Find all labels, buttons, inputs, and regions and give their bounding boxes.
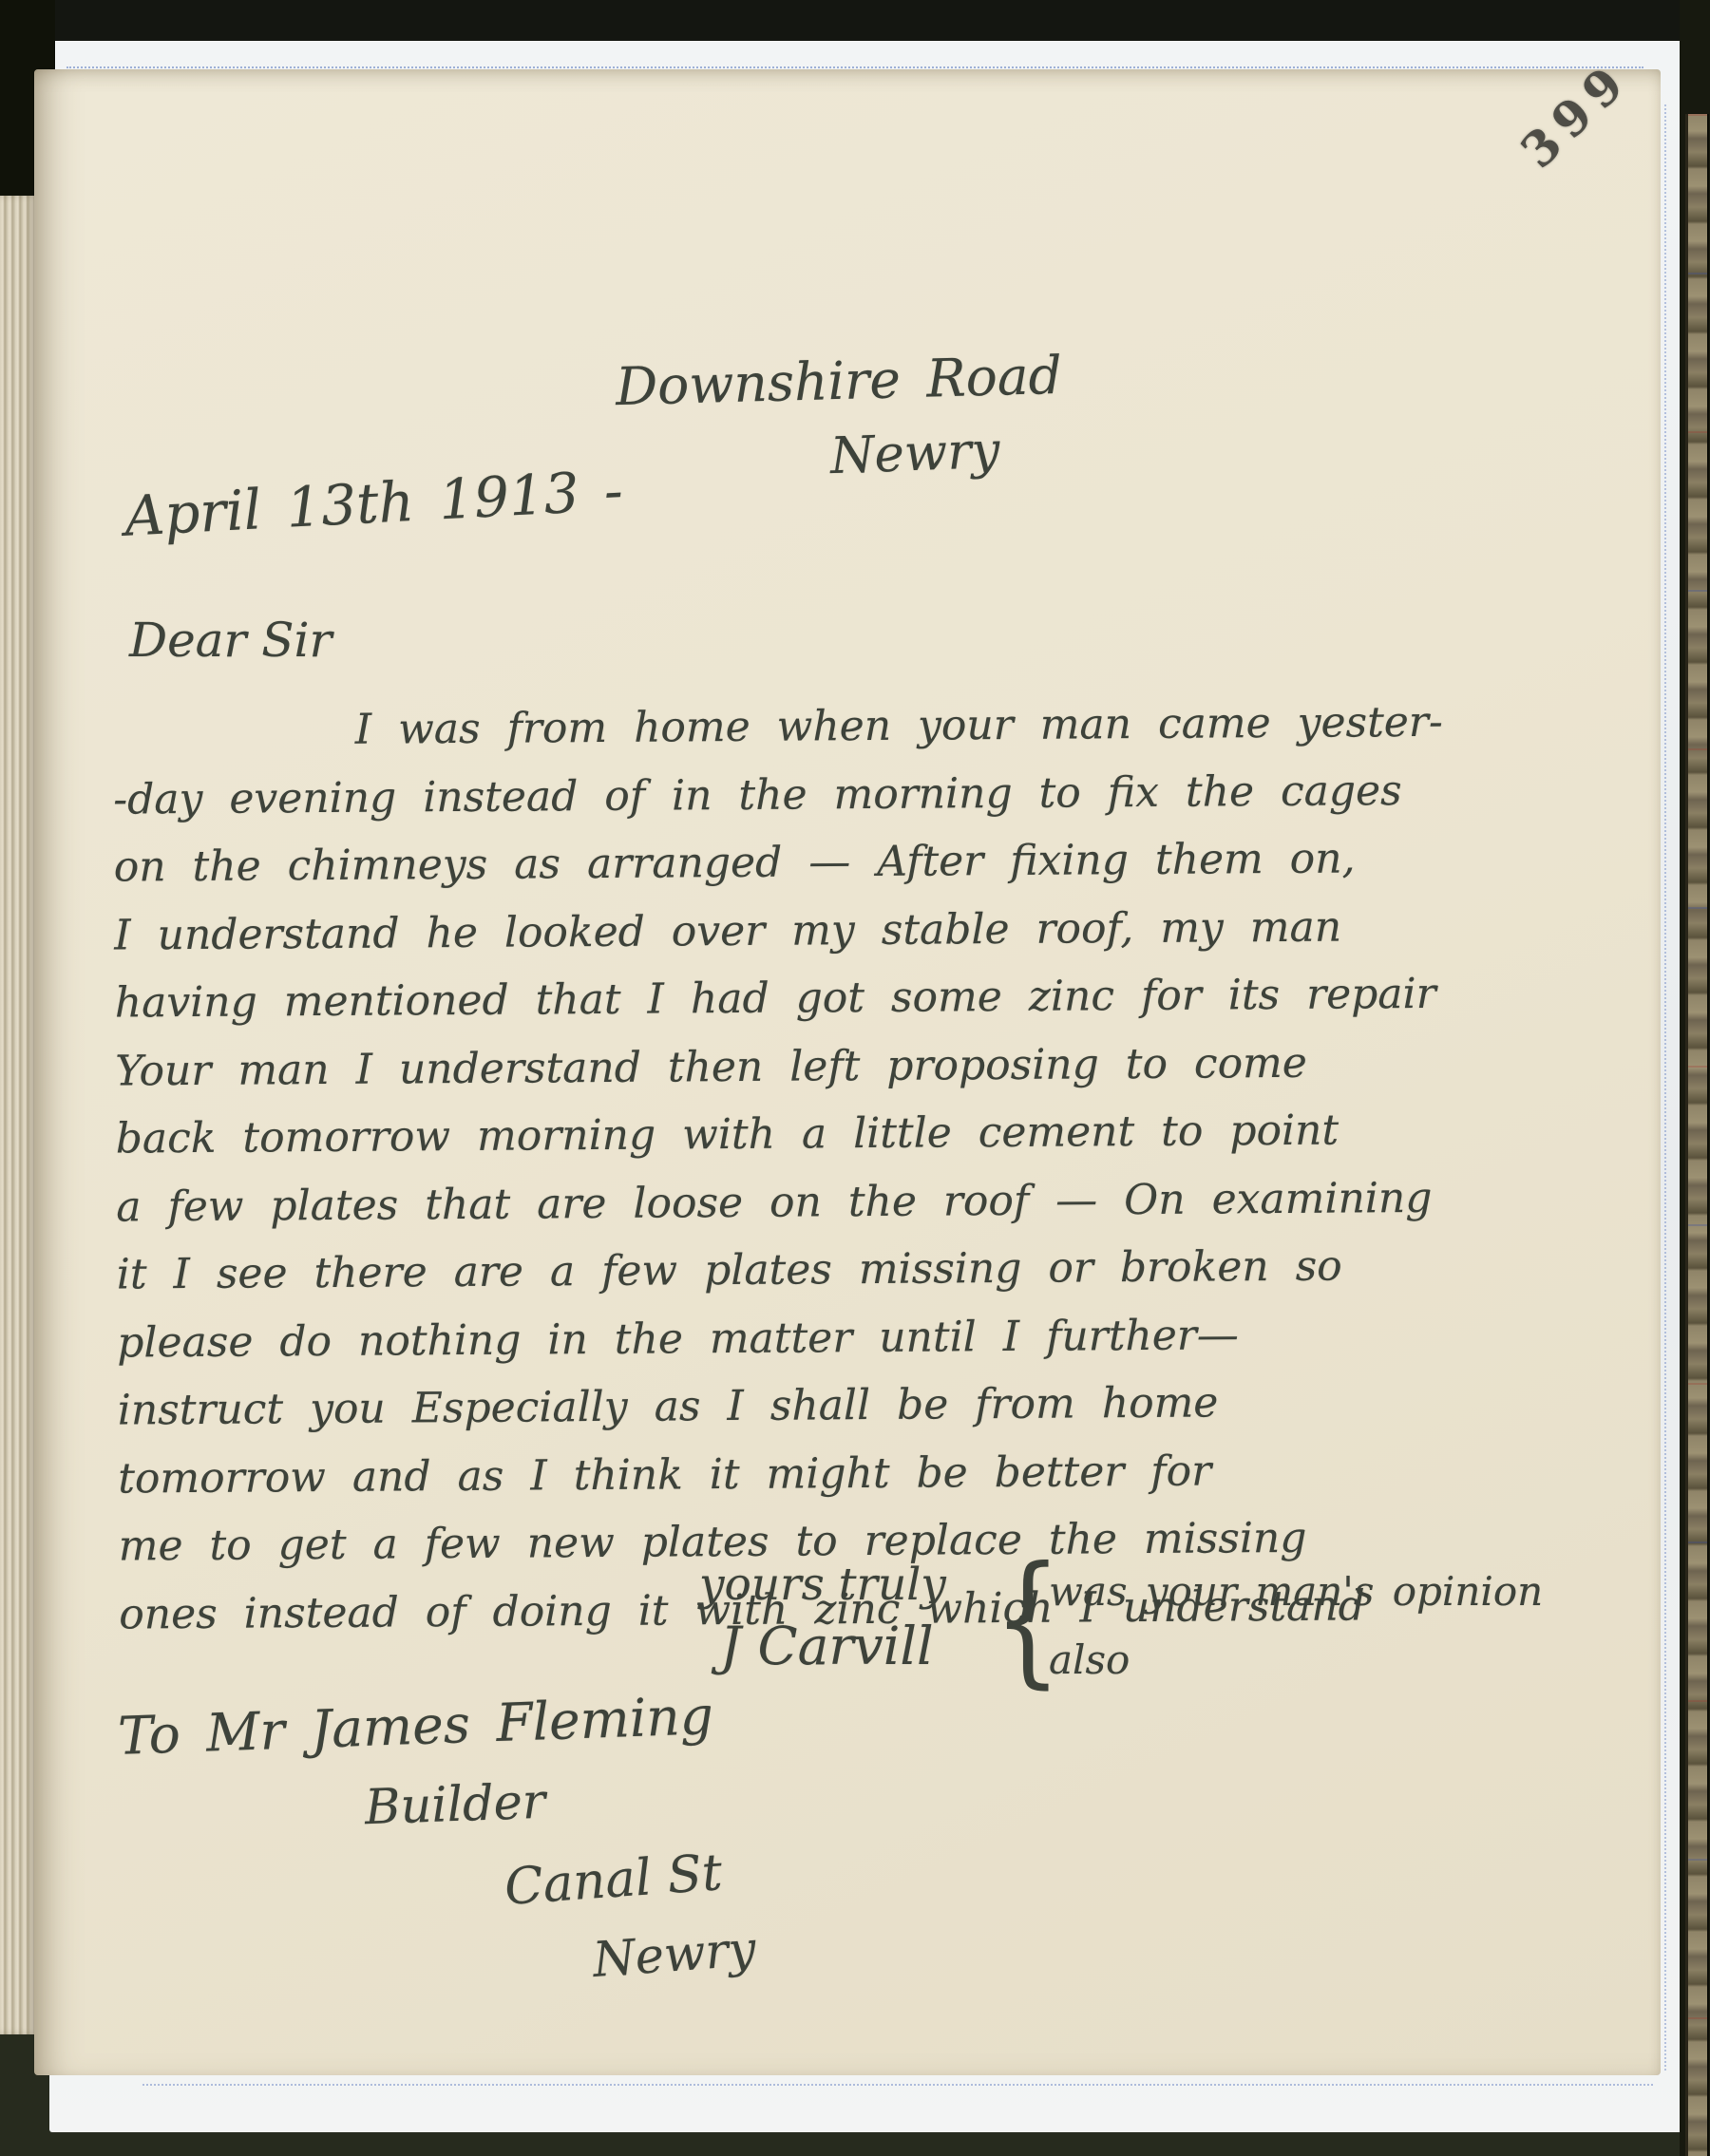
- letter-body-line: I understand he looked over my stable ro…: [114, 891, 1621, 970]
- letter-body: I was from home when your man came yeste…: [113, 687, 1626, 1648]
- book-binding: [1680, 0, 1710, 2156]
- book-sewn-page-block: [1685, 114, 1709, 2156]
- book-page-edges: [0, 196, 38, 2034]
- letter-body-line: it I see there are a few plates missing …: [117, 1230, 1624, 1309]
- letter-body-line: -day evening instead of in the morning t…: [113, 755, 1620, 834]
- page-number: 399: [1510, 50, 1641, 180]
- signature: J Carvill: [720, 1616, 934, 1676]
- recipient-occupation: Builder: [364, 1774, 546, 1837]
- recipient-name: To Mr James Fleming: [117, 1685, 714, 1767]
- letter-body-line: Your man I understand then left proposin…: [115, 1027, 1622, 1106]
- letter-body-line: tomorrow and as I think it might be bett…: [118, 1434, 1624, 1513]
- recipient-town: Newry: [591, 1921, 757, 1989]
- letterhead-address: Downshire Road: [615, 345, 1062, 417]
- salutation: Dear Sir: [129, 613, 332, 668]
- under-sheet-blue-rule-top: [66, 66, 1643, 68]
- date-line: April 13th 1913 -: [123, 458, 625, 548]
- under-sheet-blue-rule-right: [1664, 104, 1666, 2071]
- under-sheet-blue-rule-bottom: [142, 2084, 1653, 2086]
- scanned-letter-page: 399 Downshire Road Newry April 13th 1913…: [0, 0, 1710, 2156]
- letter-paper: 399 Downshire Road Newry April 13th 1913…: [34, 69, 1661, 2075]
- letter-body-line: I was from home when your man came yeste…: [113, 687, 1620, 766]
- letter-body-line: back tomorrow morning with a little ceme…: [116, 1094, 1623, 1173]
- valediction: yours truly: [699, 1559, 946, 1611]
- letter-body-line: instruct you Especially as I shall be fr…: [118, 1366, 1624, 1445]
- letter-body-line: please do nothing in the matter until I …: [117, 1298, 1624, 1377]
- closing-sidenote-line2: also: [1049, 1636, 1130, 1683]
- scan-background-top: [0, 0, 1710, 41]
- closing-sidenote-line1: was your man's opinion: [1049, 1568, 1543, 1615]
- letter-body-line: a few plates that are loose on the roof …: [116, 1163, 1623, 1241]
- letter-body-line: having mentioned that I had got some zin…: [115, 958, 1622, 1037]
- recipient-street: Canal St: [503, 1844, 724, 1917]
- letter-body-line: on the chimneys as arranged — After fixi…: [114, 823, 1621, 901]
- letterhead-town: Newry: [829, 422, 1000, 485]
